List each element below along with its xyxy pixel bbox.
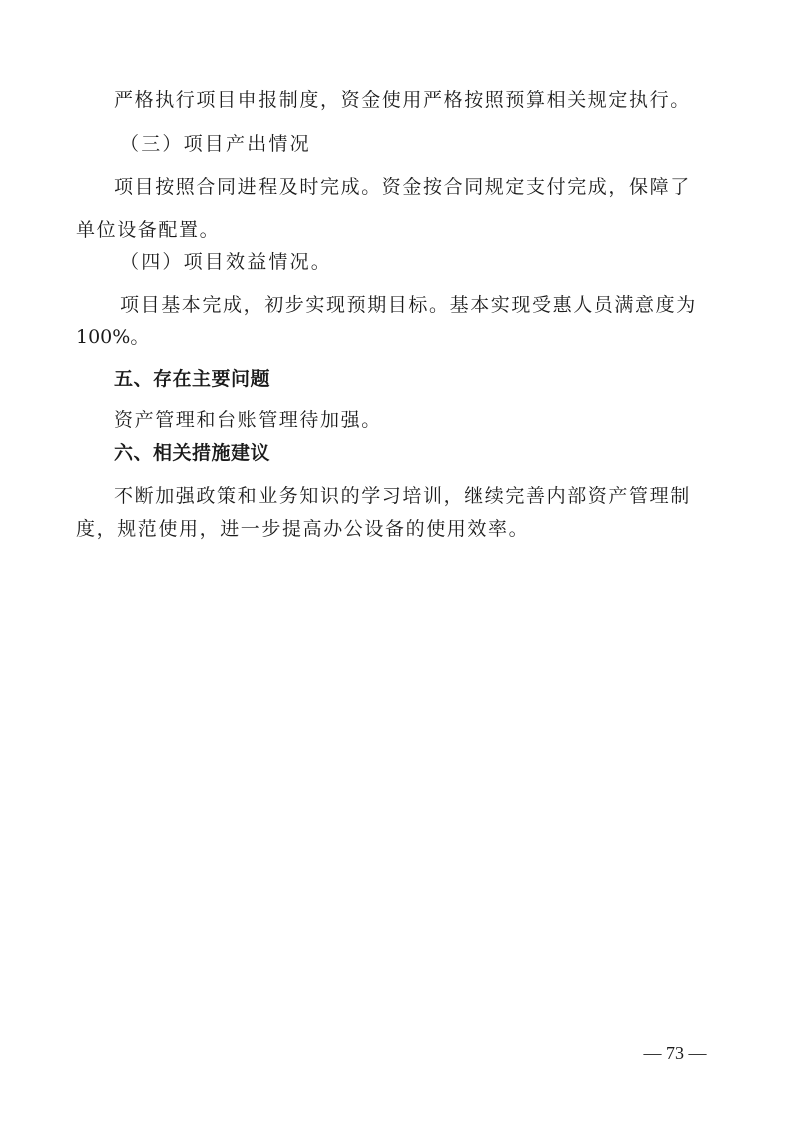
heading-main-problems: 五、存在主要问题 [114,367,764,391]
heading-recommendations: 六、相关措施建议 [114,441,764,465]
paragraph-budget-execution: 严格执行项目申报制度，资金使用严格按照预算相关规定执行。 [114,88,764,112]
document-page: 严格执行项目申报制度，资金使用严格按照预算相关规定执行。 （三）项目产出情况 项… [0,0,793,1122]
paragraph-project-output: 项目按照合同进程及时完成。资金按合同规定支付完成，保障了 [114,175,764,199]
page-number: — 73 — [620,1042,730,1064]
paragraph-project-benefit: 项目基本完成，初步实现预期目标。基本实现受惠人员满意度为 [120,293,770,317]
subheading-project-benefit: （四）项目效益情况。 [120,250,770,274]
paragraph-project-output-cont: 单位设备配置。 [76,218,726,242]
subheading-project-output: （三）项目产出情况 [120,132,770,156]
paragraph-project-benefit-cont: 100%。 [76,325,726,349]
paragraph-main-problems: 资产管理和台账管理待加强。 [114,408,764,432]
paragraph-recommendations: 不断加强政策和业务知识的学习培训，继续完善内部资产管理制 [114,484,764,508]
paragraph-recommendations-cont: 度，规范使用，进一步提高办公设备的使用效率。 [76,517,726,541]
